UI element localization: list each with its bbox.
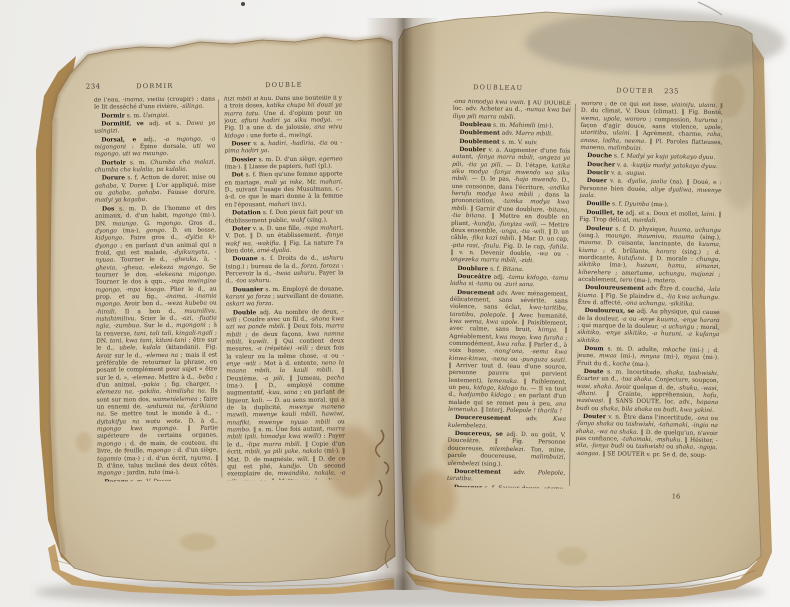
dictionary-entry: Doucettement adv. Polepole, taratibu. bbox=[447, 468, 565, 486]
right-page-column-2: wororo ; de ce qui est lisse, ulainifu, … bbox=[575, 101, 723, 493]
dictionary-entry: Douceur s. f. Saveur douce, utamu, ladha… bbox=[447, 483, 565, 488]
dictionary-entry: Doucereux, se adj. D. au goût, V. Douceâ… bbox=[447, 430, 566, 470]
running-head-doubleau: DOUBLEAU bbox=[455, 83, 541, 92]
dictionary-entry: Douceâtre adj. -tamu kidogo, -tamu ladha… bbox=[450, 273, 568, 291]
dictionary-entry: Douloureusement adv. Être d. couché, -la… bbox=[578, 284, 720, 309]
dictionary-entry: Douer v. a. -dyalia, jaalia (na). ‖ Doué… bbox=[579, 177, 721, 202]
dictionary-entry: -ona himodya kwa vwili. ‖ AU DOUBLE loc.… bbox=[453, 99, 571, 123]
book-photo: 234 DORMIR DOUBLE de l'eau, -inama, vwil… bbox=[0, 0, 790, 607]
right-page: DOUBLEAU DOUTER 235 -ona himodya kwa vwi… bbox=[0, 0, 790, 607]
dictionary-entry: Douter v. n. Être dans l'incertitude, -o… bbox=[575, 413, 718, 460]
dictionary-entry: wororo ; de ce qui est lisse, ulainifu, … bbox=[580, 101, 723, 155]
dictionary-entry: Doute s. m. Incertitude, shaka, tashwish… bbox=[576, 368, 719, 415]
dictionary-entry: Doubler v. a. Augmenter d'une fois autan… bbox=[450, 146, 570, 266]
running-head-douter: DOUTER bbox=[596, 86, 674, 95]
page-number-right: 235 bbox=[664, 87, 679, 95]
dictionary-entry: Douloureux, se adj. Au physique, qui cau… bbox=[577, 307, 720, 347]
dictionary-entry: Douleur s. f. D. physique, huumo, uchung… bbox=[578, 224, 721, 286]
signature-mark: 16 bbox=[672, 492, 681, 500]
dictionary-entry: Doucereusement adv. Kwa kulembeleza. bbox=[448, 414, 566, 432]
dictionary-entry: Doum s. m. D. adulte, mkoche (mi-) ; d. … bbox=[577, 345, 719, 370]
dictionary-entry: Doucement adv. Avec ménagement, délicate… bbox=[448, 288, 568, 416]
right-page-column-1: -ona himodya kwa vwili. ‖ AU DOUBLE loc.… bbox=[447, 99, 571, 489]
